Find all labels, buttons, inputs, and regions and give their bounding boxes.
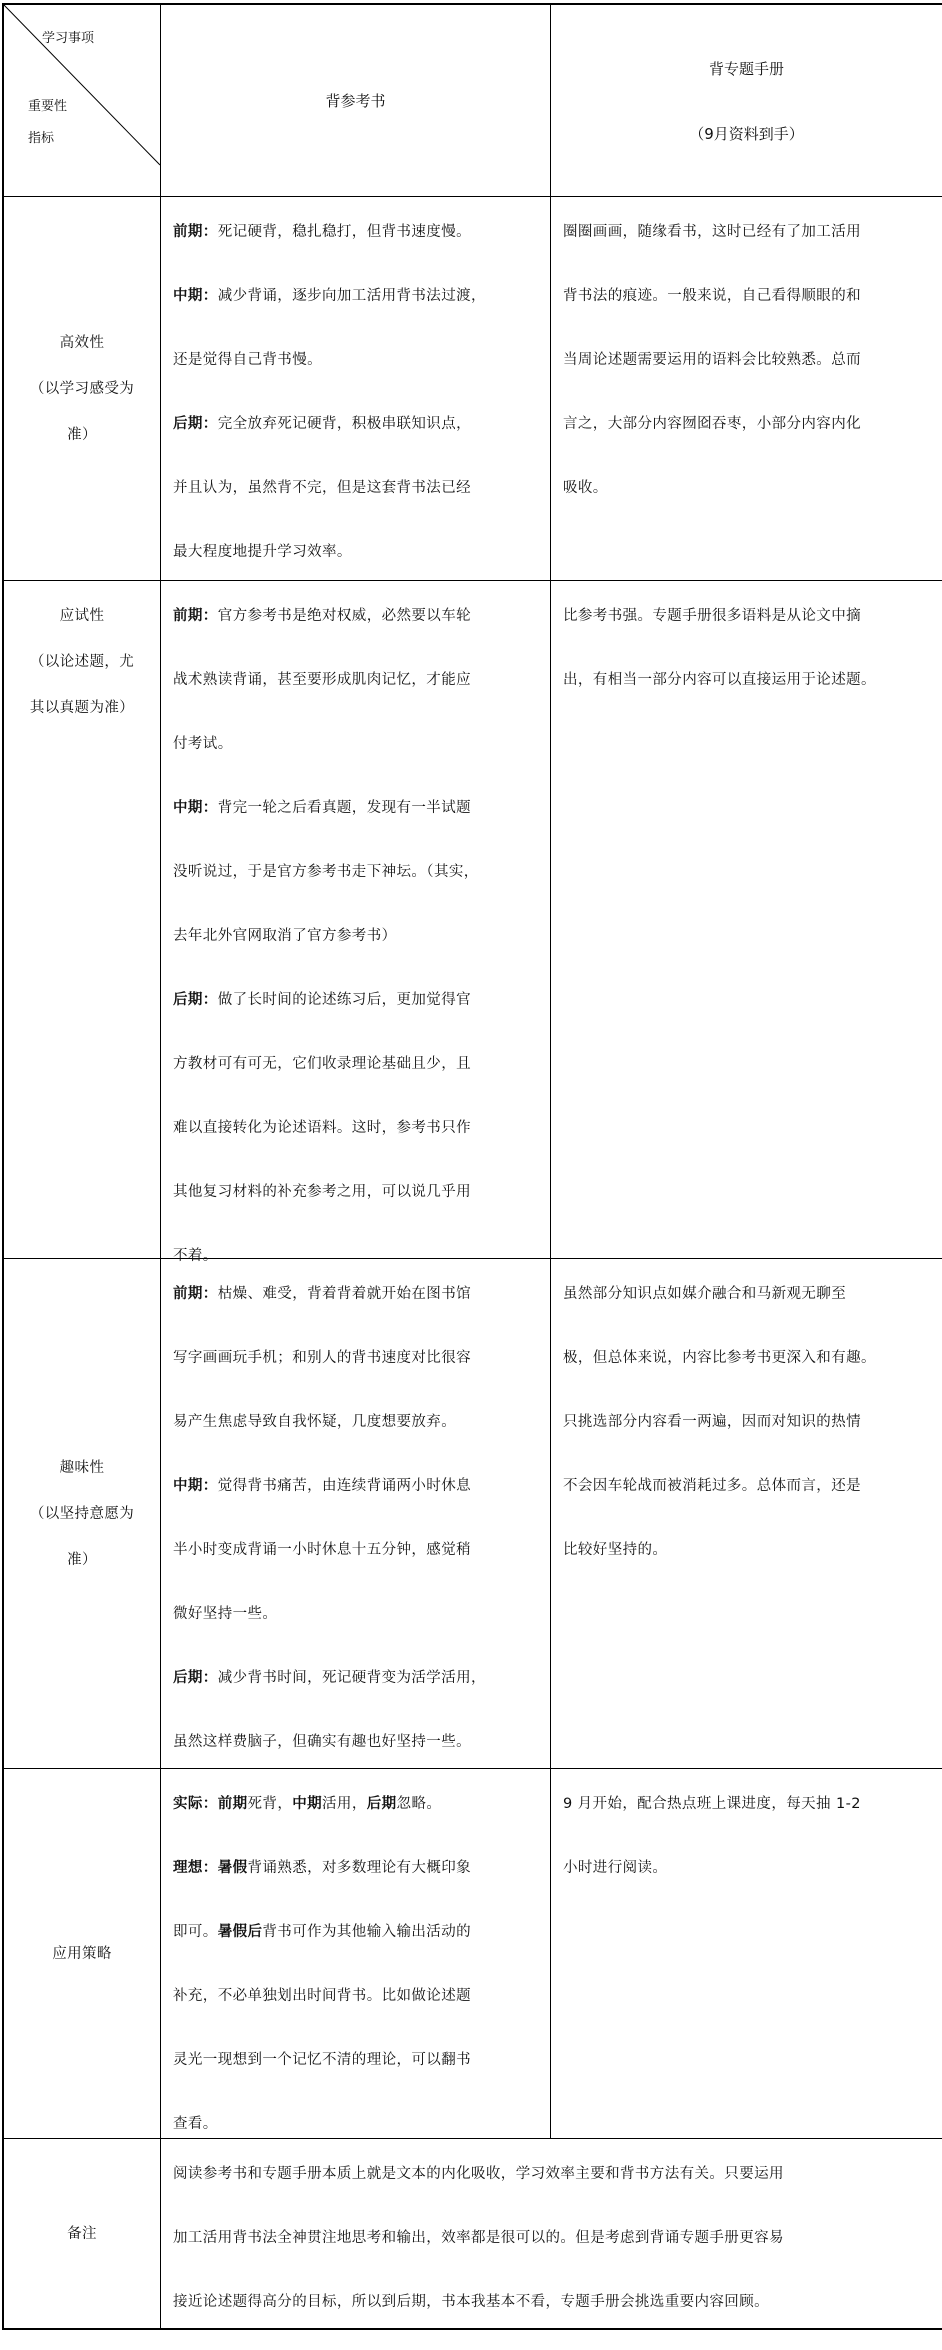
dimension-cell: 趣味性（以坚持意愿为准） — [4, 1259, 160, 1768]
reference-book-line: 写字画画玩手机；和别人的背书速度对比很容 — [173, 1342, 540, 1406]
reference-book-line: 理想：暑假背诵熟悉，对多数理论有大概印象 — [173, 1852, 540, 1916]
dimension-label: （以坚持意愿为 — [30, 1491, 134, 1537]
handbook-line: 比参考书强。专题手册很多语料是从论文中摘 — [563, 600, 932, 664]
header-handbook-label: 背专题手册 — [709, 58, 784, 79]
header-reference-book-label: 背参考书 — [325, 90, 385, 111]
reference-book-line: 微好坚持一些。 — [173, 1598, 540, 1662]
comparison-table: 学习事项 重要性 指标 背参考书 背专题手册 （9月资料到手） 高效性（以学习感… — [2, 3, 942, 2330]
dimension-label: （以论述题，尤 — [30, 639, 134, 685]
handbook-line: 当周论述题需要运用的语料会比较熟悉。总而 — [563, 344, 932, 408]
notes-label-cell: 备注 — [4, 2139, 160, 2328]
row-efficiency: 高效性（以学习感受为准） 前期：死记硬背，稳扎稳打，但背书速度慢。中期：减少背诵… — [4, 196, 942, 580]
reference-book-line: 半小时变成背诵一小时休息十五分钟，感觉稍 — [173, 1534, 540, 1598]
dimension-cell: 应用策略 — [4, 1769, 160, 2138]
reference-book-line: 前期：枯燥、难受，背着背着就开始在图书馆 — [173, 1278, 540, 1342]
dimension-label: 准） — [67, 1537, 97, 1583]
reference-book-line: 战术熟读背诵，甚至要形成肌肉记忆，才能应 — [173, 664, 540, 728]
dimension-label: 应用策略 — [52, 1931, 112, 1977]
reference-book-line: 难以直接转化为论述语料。这时，参考书只作 — [173, 1112, 540, 1176]
dimension-label: 高效性 — [60, 320, 105, 366]
reference-book-line: 方教材可有可无，它们收录理论基础且少，且 — [173, 1048, 540, 1112]
reference-book-line: 中期：减少背诵，逐步向加工活用背书法过渡， — [173, 280, 540, 344]
dimension-cell: 高效性（以学习感受为准） — [4, 197, 160, 580]
reference-book-line: 中期：觉得背书痛苦，由连续背诵两小时休息 — [173, 1470, 540, 1534]
notes-line: 接近论述题得高分的目标，所以到后期，书本我基本不看，专题手册会挑选重要内容回顾。 — [173, 2286, 932, 2350]
reference-book-line: 后期：减少背书时间，死记硬背变为活学活用， — [173, 1662, 540, 1726]
reference-book-cell: 前期：官方参考书是绝对权威，必然要以车轮战术熟读背诵，甚至要形成肌肉记忆，才能应… — [161, 581, 550, 1304]
handbook-line: 极，但总体来说，内容比参考书更深入和有趣。 — [563, 1342, 932, 1406]
header-reference-book: 背参考书 — [161, 5, 551, 196]
reference-book-line: 其他复习材料的补充参考之用，可以说几乎用 — [173, 1176, 540, 1240]
handbook-line: 小时进行阅读。 — [563, 1852, 932, 1916]
reference-book-cell: 前期：枯燥、难受，背着背着就开始在图书馆写字画画玩手机；和别人的背书速度对比很容… — [161, 1259, 550, 1790]
notes-cell: 阅读参考书和专题手册本质上就是文本的内化吸收，学习效率主要和背书方法有关。只要运… — [161, 2139, 942, 2350]
notes-line: 阅读参考书和专题手册本质上就是文本的内化吸收，学习效率主要和背书方法有关。只要运… — [173, 2158, 932, 2222]
row-interest: 趣味性（以坚持意愿为准） 前期：枯燥、难受，背着背着就开始在图书馆写字画画玩手机… — [4, 1258, 942, 1768]
handbook-line: 出，有相当一部分内容可以直接运用于论述题。 — [563, 664, 932, 728]
reference-book-line: 付考试。 — [173, 728, 540, 792]
corner-column-label: 学习事项 — [42, 27, 94, 46]
handbook-cell: 9 月开始，配合热点班上课进度，每天抽 1-2小时进行阅读。 — [551, 1769, 942, 1916]
handbook-line: 不会因车轮战而被消耗过多。总体而言，还是 — [563, 1470, 932, 1534]
handbook-line: 吸收。 — [563, 472, 932, 536]
reference-book-line: 易产生焦虑导致自我怀疑，几度想要放弃。 — [173, 1406, 540, 1470]
dimension-cell: 应试性（以论述题，尤其以真题为准） — [4, 581, 160, 1258]
reference-book-line: 后期：完全放弃死记硬背，积极串联知识点， — [173, 408, 540, 472]
handbook-cell: 比参考书强。专题手册很多语料是从论文中摘出，有相当一部分内容可以直接运用于论述题… — [551, 581, 942, 728]
handbook-cell: 圈圈画画，随缘看书，这时已经有了加工活用背书法的痕迹。一般来说，自己看得顺眼的和… — [551, 197, 942, 536]
header-handbook: 背专题手册 （9月资料到手） — [551, 5, 942, 196]
dimension-label: （以学习感受为 — [30, 366, 134, 412]
dimension-label: 准） — [67, 412, 97, 458]
reference-book-line: 灵光一现想到一个记忆不清的理论，可以翻书 — [173, 2044, 540, 2108]
handbook-line: 比较好坚持的。 — [563, 1534, 932, 1598]
notes-line: 加工活用背书法全神贯注地思考和输出，效率都是很可以的。但是考虑到背诵专题手册更容… — [173, 2222, 932, 2286]
reference-book-cell: 实际：前期死背，中期活用，后期忽略。理想：暑假背诵熟悉，对多数理论有大概印象即可… — [161, 1769, 550, 2172]
reference-book-line: 即可。暑假后背书可作为其他输入输出活动的 — [173, 1916, 540, 1980]
handbook-line: 背书法的痕迹。一般来说，自己看得顺眼的和 — [563, 280, 932, 344]
header-handbook-note: （9月资料到手） — [689, 123, 804, 144]
corner-row-label-2: 指标 — [28, 127, 54, 146]
reference-book-line: 还是觉得自己背书慢。 — [173, 344, 540, 408]
reference-book-line: 实际：前期死背，中期活用，后期忽略。 — [173, 1788, 540, 1852]
dimension-label: 应试性 — [60, 593, 105, 639]
reference-book-line: 中期：背完一轮之后看真题，发现有一半试题 — [173, 792, 540, 856]
handbook-line: 圈圈画画，随缘看书，这时已经有了加工活用 — [563, 216, 932, 280]
reference-book-line: 没听说过，于是官方参考书走下神坛。（其实， — [173, 856, 540, 920]
notes-label: 备注 — [67, 2211, 97, 2257]
reference-book-line: 补充，不必单独划出时间背书。比如做论述题 — [173, 1980, 540, 2044]
handbook-line: 言之，大部分内容囫囵吞枣，小部分内容内化 — [563, 408, 932, 472]
header-row: 学习事项 重要性 指标 背参考书 背专题手册 （9月资料到手） — [4, 5, 942, 196]
row-notes: 备注 阅读参考书和专题手册本质上就是文本的内化吸收，学习效率主要和背书方法有关。… — [4, 2138, 942, 2328]
corner-row-label-1: 重要性 — [28, 95, 67, 114]
row-application-strategy: 应用策略 实际：前期死背，中期活用，后期忽略。理想：暑假背诵熟悉，对多数理论有大… — [4, 1768, 942, 2138]
dimension-label: 其以真题为准） — [30, 685, 134, 731]
reference-book-line: 前期：官方参考书是绝对权威，必然要以车轮 — [173, 600, 540, 664]
reference-book-line: 去年北外官网取消了官方参考书） — [173, 920, 540, 984]
row-exam-relevance: 应试性（以论述题，尤其以真题为准） 前期：官方参考书是绝对权威，必然要以车轮战术… — [4, 580, 942, 1258]
handbook-cell: 虽然部分知识点如媒介融合和马新观无聊至极，但总体来说，内容比参考书更深入和有趣。… — [551, 1259, 942, 1598]
reference-book-line: 后期：做了长时间的论述练习后，更加觉得官 — [173, 984, 540, 1048]
reference-book-cell: 前期：死记硬背，稳扎稳打，但背书速度慢。中期：减少背诵，逐步向加工活用背书法过渡… — [161, 197, 550, 600]
reference-book-line: 前期：死记硬背，稳扎稳打，但背书速度慢。 — [173, 216, 540, 280]
handbook-line: 只挑选部分内容看一两遍，因而对知识的热情 — [563, 1406, 932, 1470]
dimension-label: 趣味性 — [60, 1445, 105, 1491]
handbook-line: 9 月开始，配合热点班上课进度，每天抽 1-2 — [563, 1788, 932, 1852]
reference-book-line: 并且认为，虽然背不完，但是这套背书法已经 — [173, 472, 540, 536]
handbook-line: 虽然部分知识点如媒介融合和马新观无聊至 — [563, 1278, 932, 1342]
corner-header-cell: 学习事项 重要性 指标 — [4, 5, 161, 196]
